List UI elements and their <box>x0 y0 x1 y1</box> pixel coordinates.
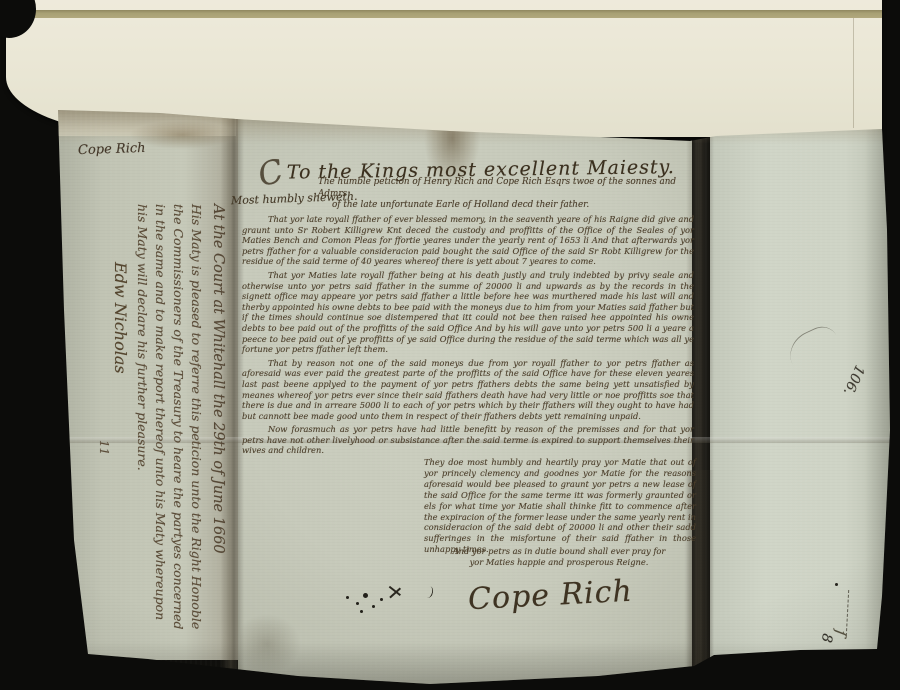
ink-dot <box>835 583 838 586</box>
petition-paragraph: That yor Maties late royall ffather bein… <box>242 270 694 355</box>
petition-body: That yor late royall ffather of ever ble… <box>242 214 694 459</box>
ink-blots <box>342 588 442 618</box>
docket-name-note: Cope Rich <box>78 141 146 158</box>
endorsement-margin-mark: 11 <box>97 440 111 642</box>
petition-paragraph: That by reason not one of the said money… <box>242 358 694 422</box>
mount-board-stripe <box>6 10 882 18</box>
salutation-line: of the late unfortunate Earle of Holland… <box>332 200 696 212</box>
endorsement-dateline: At the Court at Whitehall the 29th of Ju… <box>210 204 226 642</box>
manuscript-photo: Cope Rich At the Court at Whitehall the … <box>0 0 900 690</box>
ink-blot-mark <box>423 585 435 599</box>
endorsement-note: At the Court at Whitehall the 29th of Ju… <box>97 204 226 642</box>
petition-salutation: The humble peticion of Henry Rich and Co… <box>318 177 696 212</box>
closing-line: yor Maties happie and prosperous Reigne. <box>428 557 690 568</box>
mount-board-seam <box>853 18 854 128</box>
salutation-line: The humble peticion of Henry Rich and Co… <box>318 177 696 200</box>
ink-blot-dots <box>346 596 349 599</box>
closing-line: And yor petrs as in dutie bound shall ev… <box>428 546 690 557</box>
endorsement-body: His Maty is pleased to referre this peti… <box>133 204 205 642</box>
petition-paragraph: Now forasmuch as yor petrs have had litt… <box>242 424 694 456</box>
petition-prayer: They doe most humbly and heartily pray y… <box>424 457 696 555</box>
petition-closing: And yor petrs as in dutie bound shall ev… <box>428 546 690 568</box>
petition-paragraph: That yor late royall ffather of ever ble… <box>242 214 694 267</box>
endorsement-signature: Edw Nicholas <box>111 262 130 642</box>
